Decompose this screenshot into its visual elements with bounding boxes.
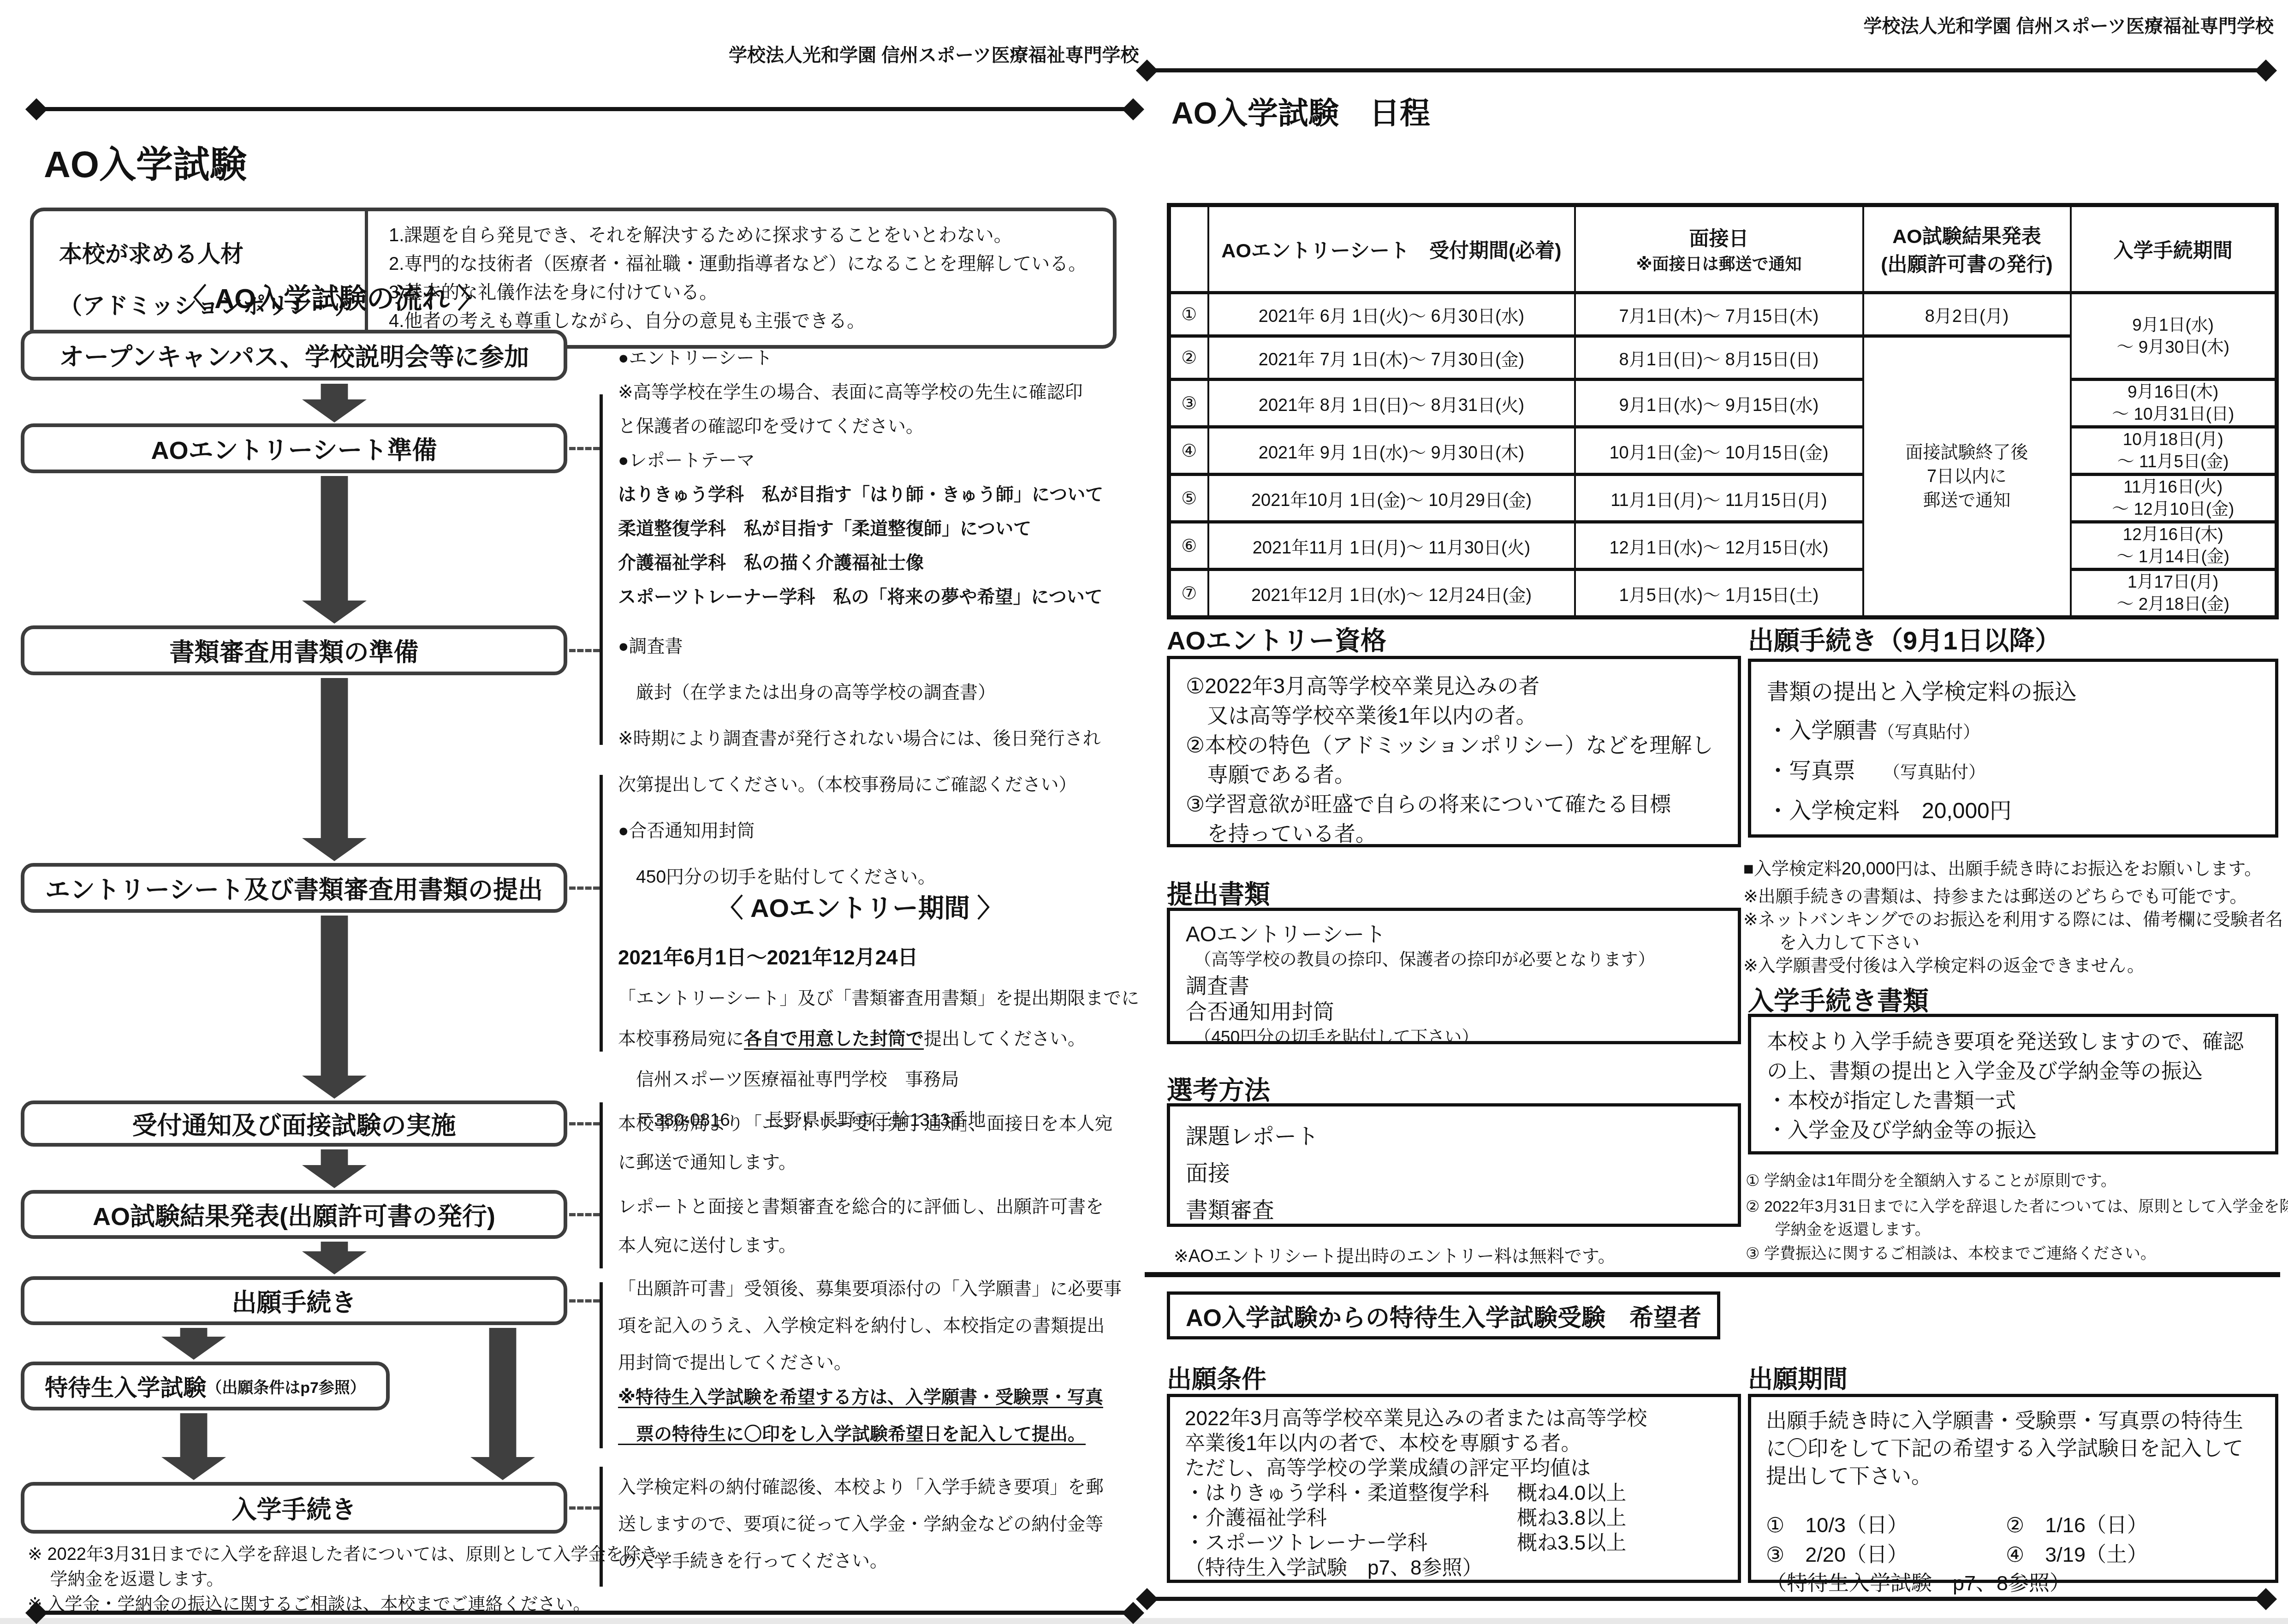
bullet-sub: （写真貼付） [1878, 723, 1980, 742]
text-line: レポートと面接と書類審査を総合的に評価し、出願許可書を [618, 1188, 1144, 1226]
section-heading-application-conditions: 出願条件 [1167, 1360, 1266, 1395]
header-blank [1169, 205, 1208, 293]
proc-line2: ～ 9月30日(木) [2072, 336, 2275, 358]
text-line: ①2022年3月高等学校卒業見込みの者 [1186, 671, 1722, 701]
text-line: ●調査書 [618, 624, 1144, 670]
entry-period-line2: 本校事務局宛に各自で用意した封筒で提出してください。 [618, 1019, 1144, 1059]
note-evaluation: レポートと面接と書類審査を総合的に評価し、出願許可書を本人宛に送付します。 [618, 1188, 1144, 1265]
text-line: 2.専門的な技術者（医療者・福祉職・運動指導者など）になることを理解している。 [389, 250, 1113, 278]
interview-cell: 1月5日(水)～ 1月15日(土) [1575, 570, 1863, 618]
interview-cell: 10月1日(金)～ 10月15日(金) [1575, 427, 1863, 475]
note-entry-period: 〈 AOエントリー期間 〉 2021年6月1日～2021年12月24日 「エント… [618, 888, 1144, 1141]
row-number: ④ [1169, 427, 1208, 475]
connector-dash [569, 447, 600, 450]
bullet-sub: （写真貼付） [1883, 763, 1985, 782]
text-line: 本校事務局より「エントリー受付完了通知」、面接日を本人宛 [618, 1105, 1144, 1143]
cond-line: ただし、高等学校の学業成績の評定平均値は [1185, 1456, 1723, 1481]
down-arrow-icon [302, 678, 367, 861]
header-result: AO試験結果発表 (出願許可書の発行) [1863, 205, 2071, 293]
flow-box-screening-docs-prep: 書類審査用書類の準備 [21, 625, 567, 675]
proc-line2: ～ 2月18日(金) [2072, 593, 2275, 615]
left-header-rule [39, 107, 1132, 111]
text-line: 面接 [1186, 1155, 1722, 1192]
text-line: ②本校の特色（アドミッションポリシー）などを理解し [1186, 730, 1722, 760]
interview-cell: 7月1日(木)～ 7月15日(木) [1575, 293, 1863, 336]
cond-row: ・はりきゅう学科・柔道整復学科概ね4.0以上 [1185, 1481, 1723, 1506]
text-line: 介護福祉学科 私の描く介護福祉士像 [618, 546, 1144, 580]
text-line: ※時期により調査書が発行されない場合には、後日発行され [618, 716, 1144, 762]
text-line: 厳封（在学または出身の高等学校の調査書） [618, 670, 1144, 716]
period-line: に〇印をして下記の希望する入学試験日を記入して [1766, 1435, 2260, 1463]
flow-box-open-campus: オープンキャンパス、学校説明会等に参加 [21, 330, 567, 381]
right-page-title: AO入学試験 日程 [1171, 89, 1430, 132]
cond-label: ・はりきゅう学科・柔道整復学科 [1185, 1481, 1517, 1506]
entry-qualification-box: ①2022年3月高等学校卒業見込みの者 又は高等学校卒業後1年以内の者。②本校の… [1167, 656, 1741, 847]
text-line: ※特待生入学試験を希望する方は、入学願書・受験票・写真 [618, 1379, 1144, 1416]
down-arrow-icon [161, 1328, 226, 1360]
left-page-school-header: 学校法人光和学園 信州スポーツ医療福祉専門学校 [729, 41, 1135, 67]
line2-post: 提出してください。 [924, 1029, 1086, 1049]
text-line: （450円分の切手を貼付して下さい） [1186, 1024, 1722, 1050]
proc-line2: ～ 11月5日(金) [2072, 451, 2275, 473]
text-line: 「出願許可書」受領後、募集要項添付の「入学願書」に必要事 [618, 1271, 1144, 1308]
period-line: 出願手続き時に入学願書・受験票・写真票の特待生 [1766, 1407, 2260, 1435]
diamond-ornament [1136, 1588, 1158, 1610]
section-heading-enrollment-docs: 入学手続き書類 [1748, 981, 1929, 1017]
period-line: 提出して下さい。 [1766, 1463, 2260, 1490]
connector-dash [569, 1299, 600, 1303]
bracket-line [600, 394, 603, 745]
procedure-cell: 1月17日(月) ～ 2月18日(金) [2071, 570, 2277, 618]
proc-line1: 10月18日(月) [2072, 428, 2275, 451]
flow-box-submit-docs: エントリーシート及び書類審査用書類の提出 [21, 863, 567, 913]
left-page-title: AO入学試験 [44, 135, 247, 188]
application-conditions-box: 2022年3月高等学校卒業見込みの者または高等学校 卒業後1年以内の者で、本校を… [1167, 1394, 1741, 1583]
text-line: ・本校が指定した書類一式 [1767, 1086, 2259, 1116]
connector-dash [569, 1122, 600, 1125]
procedure-cell: 9月16日(木) ～ 10月31日(日) [2071, 380, 2277, 427]
header-entry-period: AOエントリーシート 受付期間(必着) [1208, 205, 1575, 293]
cond-row: ・スポーツトレーナー学科概ね3.5以上 [1185, 1531, 1723, 1556]
header-result-line2: (出願許可書の発行) [1864, 249, 2070, 277]
header-interview: 面接日 ※面接日は郵送で通知 [1575, 205, 1863, 293]
connector-dash [569, 1506, 600, 1510]
table-row: ⑦ 2021年12月 1日(水)～ 12月24日(金) 1月5日(水)～ 1月1… [1169, 570, 2277, 618]
entry-period-cell: 2021年 9月 1日(水)～ 9月30日(木) [1208, 427, 1575, 475]
row-number: ⑥ [1169, 522, 1208, 570]
text-line: の入学手続きを行ってください。 [618, 1543, 1144, 1580]
enrollment-docs-box: 本校より入学手続き要項を発送致しますので、確認の上、書類の提出と入学金及び学納金… [1748, 1014, 2278, 1154]
text-line: 柔道整復学科 私が目指す「柔道整復師」について [618, 512, 1144, 546]
text-line: 7日以内に [1864, 464, 2070, 488]
connector-dash [569, 1213, 600, 1216]
flow-box-result-announcement: AO試験結果発表(出願許可書の発行) [21, 1190, 567, 1239]
proc-line1: 9月1日(水) [2072, 314, 2275, 336]
connector-dash [569, 649, 600, 652]
enroll-note: ② 2022年3月31日までに入学を辞退した者については、原則として入学金を除き… [1746, 1194, 2288, 1216]
text-line: 書類審査 [1186, 1192, 1722, 1229]
entry-period-office: 信州スポーツ医療福祉専門学校 事務局 [618, 1059, 1144, 1100]
text-line: 合否通知用封筒 [1186, 999, 1722, 1024]
down-arrow-icon [302, 1149, 367, 1188]
header-interview-line1: 面接日 [1576, 223, 1862, 251]
enroll-note: 学納金を返還します。 [1755, 1217, 1931, 1239]
cond-reference: （特待生入学試験 p7、8参照） [1185, 1556, 1723, 1581]
text-line: （高等学校の教員の捺印、保護者の捺印が必要となります） [1186, 947, 1722, 973]
bracket-line [600, 1467, 603, 1587]
enroll-note: ① 学納金は1年間分を全額納入することが原則です。 [1746, 1168, 2116, 1190]
text-line: を持っている者。 [1186, 819, 1722, 848]
header-procedure-period: 入学手続期間 [2071, 205, 2277, 293]
bracket-line [600, 1282, 603, 1448]
proc-line1: 1月17日(月) [2072, 571, 2275, 593]
exam-date: ④ 3/19（土） [2006, 1540, 2148, 1570]
text-line: 本人宛に送付します。 [618, 1226, 1144, 1265]
table-row: ④ 2021年 9月 1日(水)～ 9月30日(木) 10月1日(金)～ 10月… [1169, 427, 2277, 475]
procedure-cell: 11月16日(火) ～ 12月10日(金) [2071, 475, 2277, 522]
selection-method-box: 課題レポート面接書類審査 [1167, 1103, 1741, 1227]
text-line: 送しますので、要項に従って入学金・学納金などの納付金等 [618, 1506, 1144, 1543]
procedure-cell-merged: 9月1日(水) ～ 9月30日(木) [2071, 293, 2277, 380]
exam-date: ① 10/3（日） [1766, 1511, 2006, 1540]
entry-period-title: 〈 AOエントリー期間 〉 [618, 888, 1102, 925]
flow-box-entry-sheet-prep: AOエントリーシート準備 [21, 423, 567, 473]
left-footer-rule [39, 1611, 1132, 1615]
application-period-box: 出願手続き時に入学願書・受験票・写真票の特待生 に〇印をして下記の希望する入学試… [1748, 1394, 2278, 1583]
policy-label-line1: 本校が求める人材 [59, 236, 365, 269]
cond-row: ・介護福祉学科概ね3.8以上 [1185, 1506, 1723, 1531]
diamond-ornament [1136, 59, 1158, 82]
text-line: 課題レポート [1186, 1118, 1722, 1155]
text-line: と保護者の確認印を受けてください。 [618, 410, 1144, 444]
flow-box-scholarship-exam: 特待生入学試験（出願条件はp7参照） [21, 1362, 390, 1410]
result-cell-merged: 面接試験終了後7日以内に郵送で通知 [1863, 336, 2071, 618]
note-survey-doc: ●調査書 厳封（在学または出身の高等学校の調査書）※時期により調査書が発行されな… [618, 624, 1144, 900]
diamond-ornament [2255, 59, 2277, 82]
note-reception-notice: 本校事務局より「エントリー受付完了通知」、面接日を本人宛に郵送で通知します。 [618, 1105, 1144, 1182]
entry-fee-note: ※AOエントリシート提出時のエントリー料は無料です。 [1174, 1242, 1616, 1267]
down-arrow-icon [470, 1328, 535, 1480]
text-line: ・入学金及び学納金等の振込 [1767, 1116, 2259, 1145]
cond-label: ・スポーツトレーナー学科 [1185, 1531, 1517, 1556]
header-interview-line2: ※面接日は郵送で通知 [1576, 251, 1862, 275]
row-number: ⑦ [1169, 570, 1208, 618]
text-line: スポーツトレーナー学科 私の「将来の夢や希望」について [618, 580, 1144, 614]
proc-line2: ～ 10月31日(日) [2072, 403, 2275, 425]
line2-emphasis: 各自で用意した封筒で [744, 1029, 924, 1049]
submission-docs-box: AOエントリーシート （高等学校の教員の捺印、保護者の捺印が必要となります）調査… [1167, 908, 1741, 1044]
row-number: ③ [1169, 380, 1208, 427]
application-procedure-box: 書類の提出と入学検定料の振込 ・入学願書（写真貼付） ・写真票（写真貼付） ・入… [1748, 659, 2278, 838]
section-heading-entry-qualification: AOエントリー資格 [1167, 620, 1386, 657]
footnote: 学納金を返還します。 [28, 1565, 224, 1590]
cond-value: 概ね3.5以上 [1517, 1531, 1626, 1556]
proc-line2: ～ 1月14日(金) [2072, 546, 2275, 568]
text-line: 1.課題を自ら発見でき、それを解決するために探求することをいとわない。 [389, 221, 1113, 250]
app-note: ※入学願書受付後は入学検定料の返金できません。 [1743, 951, 2145, 976]
text-line: 項を記入のうえ、入学検定料を納付し、本校指定の書類提出 [618, 1308, 1144, 1344]
result-cell: 8月2日(月) [1863, 293, 2071, 336]
app-bullet3: ・入学検定料 20,000円 [1767, 792, 2259, 831]
procedure-cell: 12月16日(木) ～ 1月14日(金) [2071, 522, 2277, 570]
interview-cell: 11月1日(月)～ 11月15日(月) [1575, 475, 1863, 522]
text-line: 調査書 [1186, 973, 1722, 999]
table-row: ⑤ 2021年10月 1日(金)～ 10月29日(金) 11月1日(月)～ 11… [1169, 475, 2277, 522]
entry-period-cell: 2021年 6月 1日(火)～ 6月30日(水) [1208, 293, 1575, 336]
cond-value: 概ね3.8以上 [1517, 1506, 1626, 1531]
bullet-main: ・入学願書 [1767, 719, 1878, 743]
interview-cell: 12月1日(水)～ 12月15日(水) [1575, 522, 1863, 570]
down-arrow-icon [302, 916, 367, 1099]
flow-box-enrollment-procedure: 入学手続き [21, 1482, 567, 1534]
proc-line1: 12月16日(木) [2072, 523, 2275, 546]
procedure-cell: 10月18日(月) ～ 11月5日(金) [2071, 427, 2277, 475]
entry-period-line1: 「エントリーシート」及び「書類審査用書類」を提出期限までに [618, 978, 1144, 1019]
down-arrow-icon [302, 1242, 367, 1274]
app-bullet2: ・写真票（写真貼付） [1767, 752, 2259, 792]
header-result-line1: AO試験結果発表 [1864, 221, 2070, 249]
table-row: ⑥ 2021年11月 1日(月)～ 11月30日(火) 12月1日(水)～ 12… [1169, 522, 2277, 570]
app-note: ※出願手続きの書類は、持参または郵送のどちらでも可能です。 [1743, 882, 2247, 907]
text-line: 郵送で通知 [1864, 488, 2070, 512]
row-number: ⑤ [1169, 475, 1208, 522]
scholarship-section-title-box: AO入学試験からの特待生入学試験受験 希望者 [1167, 1291, 1720, 1339]
text-line: 票の特待生に〇印をし入学試験希望日を記入して提出。 [618, 1416, 1144, 1453]
schedule-table: AOエントリーシート 受付期間(必着) 面接日 ※面接日は郵送で通知 AO試験結… [1167, 203, 2279, 619]
flow-box-reception-interview: 受付通知及び面接試験の実施 [21, 1101, 567, 1147]
footnote: ※ 2022年3月31日までに入学を辞退した者については、原則として入学金を除き… [28, 1540, 675, 1565]
note-application-procedure: 「出願許可書」受領後、募集要項添付の「入学願書」に必要事項を記入のうえ、入学検定… [618, 1271, 1144, 1381]
right-header-rule [1149, 68, 2265, 72]
section-divider-rule [1145, 1272, 2280, 1277]
app-note: を入力して下さい [1762, 928, 1920, 953]
text-line: 又は高等学校卒業後1年以内の者。 [1186, 701, 1722, 730]
entry-period-cell: 2021年 7月 1日(木)～ 7月30日(金) [1208, 336, 1575, 380]
text-line: 入学検定料の納付確認後、本校より「入学手続き要項」を郵 [618, 1469, 1144, 1506]
text-line: の上、書類の提出と入学金及び学納金等の振込 [1767, 1057, 2259, 1086]
app-note: ※ネットバンキングでのお振込を利用する際には、備考欄に受験者名 [1743, 905, 2283, 930]
entry-period-cell: 2021年12月 1日(水)～ 12月24日(金) [1208, 570, 1575, 618]
text-line: 用封筒で提出してください。 [618, 1344, 1144, 1381]
flow-box-application-procedure: 出願手続き [21, 1276, 567, 1325]
exam-date-row: ① 10/3（日）② 1/16（日） [1766, 1511, 2260, 1540]
enroll-note: ③ 学費振込に関するご相談は、本校までご連絡ください。 [1746, 1241, 2156, 1263]
text-line: 専願である者。 [1186, 760, 1722, 789]
table-row: ① 2021年 6月 1日(火)～ 6月30日(水) 7月1日(木)～ 7月15… [1169, 293, 2277, 336]
interview-cell: 9月1日(水)～ 9月15日(水) [1575, 380, 1863, 427]
note-scholarship-underline: ※特待生入学試験を希望する方は、入学願書・受験票・写真 票の特待生に〇印をし入学… [618, 1379, 1144, 1453]
scholarship-exam-label: 特待生入学試験 [45, 1369, 206, 1403]
period-reference: （特待生入学試験 p7、8参照） [1766, 1570, 2260, 1597]
text-line: 次第提出してください。（本校事務局にご確認ください） [618, 762, 1144, 808]
cond-value: 概ね4.0以上 [1517, 1481, 1626, 1506]
cond-label: ・介護福祉学科 [1185, 1506, 1517, 1531]
text-line: ●合否通知用封筒 [618, 808, 1144, 854]
scholarship-exam-sublabel: （出願条件はp7参照） [206, 1375, 366, 1398]
cond-line: 2022年3月高等学校卒業見込みの者または高等学校 [1185, 1406, 1723, 1431]
diamond-ornament [1122, 98, 1144, 120]
app-line1: 書類の提出と入学検定料の振込 [1767, 673, 2259, 712]
bullet-main: ・写真票 [1767, 759, 1855, 783]
bracket-line [600, 1102, 603, 1268]
connector-dash [569, 886, 600, 890]
text-line: ●レポートテーマ [618, 444, 1144, 478]
text-line: ●エントリーシート [618, 341, 1144, 375]
diamond-ornament [25, 98, 48, 120]
app-note: ■入学検定料20,000円は、出願手続き時にお振込をお願いします。 [1743, 854, 2262, 880]
section-heading-submission-docs: 提出書類 [1167, 874, 1270, 911]
flow-title: 〈 AO入学試験の流れ 〉 [44, 277, 620, 316]
down-arrow-icon [302, 384, 367, 422]
app-bullet1: ・入学願書（写真貼付） [1767, 712, 2259, 752]
entry-period-date: 2021年6月1日～2021年12月24日 [618, 938, 1144, 978]
text-line: ※高等学校在学生の場合、表面に高等学校の先生に確認印 [618, 375, 1144, 410]
right-page-school-header: 学校法人光和学園 信州スポーツ医療福祉専門学校 [1863, 12, 2274, 38]
exam-date-row: ③ 2/20（日）④ 3/19（土） [1766, 1540, 2260, 1570]
table-row: ③ 2021年 8月 1日(日)～ 8月31日(火) 9月1日(水)～ 9月15… [1169, 380, 2277, 427]
document-spread: 学校法人光和学園 信州スポーツ医療福祉専門学校 AO入学試験 本校が求める人材 … [0, 0, 2288, 1618]
text-line: に郵送で通知します。 [618, 1143, 1144, 1182]
note-enrollment-procedure: 入学検定料の納付確認後、本校より「入学手続き要項」を郵送しますので、要項に従って… [618, 1469, 1144, 1580]
entry-period-cell: 2021年 8月 1日(日)～ 8月31日(火) [1208, 380, 1575, 427]
row-number: ② [1169, 336, 1208, 380]
proc-line2: ～ 12月10日(金) [2072, 498, 2275, 520]
exam-date: ② 1/16（日） [2006, 1511, 2148, 1540]
bracket-line [600, 775, 603, 1052]
interview-cell: 8月1日(日)～ 8月15日(日) [1575, 336, 1863, 380]
proc-line1: 9月16日(木) [2072, 381, 2275, 403]
text-line: 面接試験終了後 [1864, 440, 2070, 464]
down-arrow-icon [161, 1413, 226, 1480]
right-footer-rule [1149, 1597, 2265, 1601]
line2-pre: 本校事務局宛に [618, 1029, 744, 1049]
diamond-ornament [1122, 1602, 1144, 1624]
proc-line1: 11月16日(火) [2072, 476, 2275, 498]
note-entry-sheet: ●エントリーシート※高等学校在学生の場合、表面に高等学校の先生に確認印と保護者の… [618, 341, 1144, 614]
text-line: はりきゅう学科 私が目指す「はり師・きゅう師」について [618, 478, 1144, 512]
section-heading-selection-method: 選考方法 [1167, 1070, 1270, 1107]
row-number: ① [1169, 293, 1208, 336]
section-heading-application-procedure: 出願手続き（9月1日以降） [1748, 620, 2061, 657]
down-arrow-icon [302, 476, 367, 624]
text-line: ③学習意欲が旺盛で自らの将来について確たる目標 [1186, 789, 1722, 819]
text-line: AOエントリーシート [1186, 921, 1722, 947]
cond-line: 卒業後1年以内の者で、本校を専願する者。 [1185, 1431, 1723, 1456]
entry-period-cell: 2021年11月 1日(月)～ 11月30日(火) [1208, 522, 1575, 570]
section-heading-application-period: 出願期間 [1748, 1360, 1848, 1395]
text-line: 本校より入学手続き要項を発送致しますので、確認 [1767, 1027, 2259, 1057]
entry-period-cell: 2021年10月 1日(金)～ 10月29日(金) [1208, 475, 1575, 522]
schedule-header-row: AOエントリーシート 受付期間(必着) 面接日 ※面接日は郵送で通知 AO試験結… [1169, 205, 2277, 293]
exam-date: ③ 2/20（日） [1766, 1540, 2006, 1570]
